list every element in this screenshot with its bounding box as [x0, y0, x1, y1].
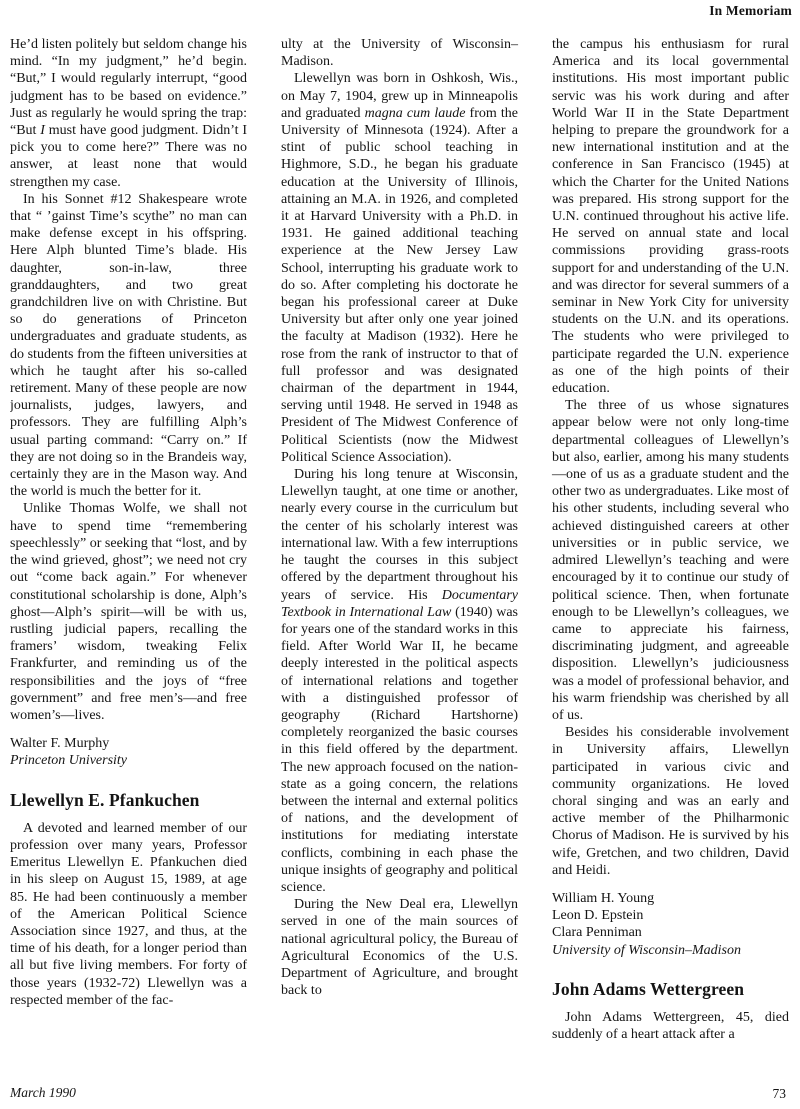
body-text: During the New Deal era, Llewellyn serve…	[281, 897, 518, 998]
body-text: ulty at the University of Wisconsin–Madi…	[281, 37, 518, 69]
signature-line: William H. Young	[552, 890, 789, 907]
signature-line: Leon D. Epstein	[552, 907, 789, 924]
paragraph: Besides his considerable involvement in …	[552, 724, 789, 879]
column-right: the campus his enthusiasm for rural Amer…	[552, 36, 789, 1082]
body-text: John Adams Wettergreen, 45, died suddenl…	[552, 1010, 789, 1042]
paragraph: The three of us whose signatures appear …	[552, 397, 789, 724]
footer-issue-date: March 1990	[10, 1085, 76, 1101]
body-text: (1940) was for years one of the standard…	[281, 605, 518, 895]
body-text: from the University of Minnesota (1924).…	[281, 106, 518, 465]
paragraph: A devoted and learned member of our prof…	[10, 820, 247, 1009]
signature-line: University of Wisconsin–Madison	[552, 942, 789, 959]
memoriam-heading: Llewellyn E. Pfankuchen	[10, 792, 247, 809]
body-text: The three of us whose signatures appear …	[552, 398, 789, 723]
paragraph: He’d listen politely but seldom change h…	[10, 36, 247, 191]
paragraph: ulty at the University of Wisconsin–Madi…	[281, 36, 518, 70]
running-head-section-title: In Memoriam	[709, 3, 792, 19]
paragraph: the campus his enthusiasm for rural Amer…	[552, 36, 789, 397]
paragraph: During the New Deal era, Llewellyn serve…	[281, 896, 518, 999]
footer-page-number: 73	[773, 1086, 787, 1102]
memoriam-heading: John Adams Wettergreen	[552, 981, 789, 998]
column-left: He’d listen politely but seldom change h…	[10, 36, 247, 1082]
column-center: ulty at the University of Wisconsin–Madi…	[281, 36, 518, 1082]
journal-page: In Memoriam He’d listen politely but sel…	[0, 0, 800, 1109]
body-text: Besides his considerable involvement in …	[552, 725, 789, 878]
body-text: A devoted and learned member of our prof…	[10, 821, 247, 1008]
signature-block: Walter F. MurphyPrinceton University	[10, 735, 247, 769]
signature-line: Clara Penniman	[552, 924, 789, 941]
text-columns: He’d listen politely but seldom change h…	[10, 36, 790, 1082]
signature-line: Princeton University	[10, 752, 247, 769]
body-text: the campus his enthusiasm for rural Amer…	[552, 37, 789, 396]
paragraph: Unlike Thomas Wolfe, we shall not have t…	[10, 500, 247, 724]
body-text: During his long tenure at Wisconsin, Lle…	[281, 467, 518, 602]
body-text: Unlike Thomas Wolfe, we shall not have t…	[10, 501, 247, 722]
body-text: must have good judgment. Didn’t I pick y…	[10, 123, 247, 190]
signature-line: Walter F. Murphy	[10, 735, 247, 752]
paragraph: In his Sonnet #12 Shakespeare wrote that…	[10, 191, 247, 501]
signature-block: William H. YoungLeon D. EpsteinClara Pen…	[552, 890, 789, 959]
italic-text: magna cum laude	[365, 106, 466, 121]
paragraph: John Adams Wettergreen, 45, died suddenl…	[552, 1009, 789, 1043]
paragraph: Llewellyn was born in Oshkosh, Wis., on …	[281, 70, 518, 466]
paragraph: During his long tenure at Wisconsin, Lle…	[281, 466, 518, 896]
body-text: In his Sonnet #12 Shakespeare wrote that…	[10, 192, 247, 499]
